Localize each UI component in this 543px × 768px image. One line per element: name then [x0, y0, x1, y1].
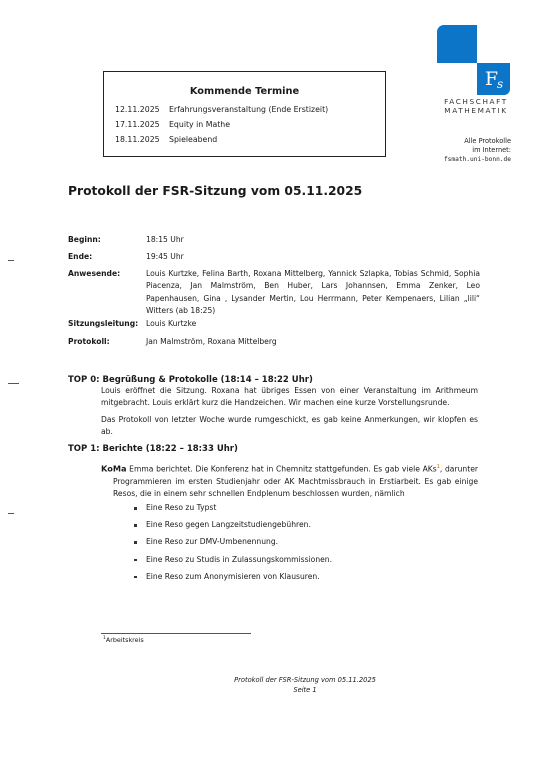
meta-value: 18:15 Uhr	[146, 234, 480, 246]
meta-value: Jan Malmström, Roxana Mittelberg	[146, 336, 480, 348]
top0-paragraph-1: Louis eröffnet die Sitzung. Roxana hat ü…	[101, 385, 478, 410]
top0-heading: TOP 0: Begrüßung & Protokolle (18:14 – 1…	[68, 375, 313, 385]
event-row: 18.11.2025Spieleabend	[115, 135, 217, 144]
footnote: 1Arbeitskreis	[103, 636, 144, 644]
event-name: Erfahrungsveranstaltung (Ende Erstizeit)	[169, 105, 328, 114]
reso-list: Eine Reso zu Typst Eine Reso gegen Langz…	[134, 503, 332, 589]
meta-label: Beginn:	[68, 234, 101, 246]
event-name: Spieleabend	[169, 135, 217, 144]
meta-label: Sitzungsleitung:	[68, 318, 138, 330]
upcoming-events-title: Kommende Termine	[104, 86, 385, 97]
event-name: Equity in Mathe	[169, 120, 230, 129]
list-item: Eine Reso zur DMV-Umbenennung.	[134, 537, 332, 554]
internet-note: Alle Protokolle im Internet:	[420, 137, 511, 155]
event-date: 18.11.2025	[115, 135, 169, 144]
top0-paragraph-2: Das Protokoll von letzter Woche wurde ru…	[101, 414, 478, 439]
logo-name: FACHSCHAFT MATHEMATIK	[436, 98, 516, 115]
list-item: Eine Reso zum Anonymisieren von Klausure…	[134, 572, 332, 589]
list-item: Eine Reso zu Typst	[134, 503, 332, 520]
event-date: 17.11.2025	[115, 120, 169, 129]
footnote-rule	[101, 633, 251, 634]
logo-square-top	[437, 25, 477, 63]
footnote-text: Arbeitskreis	[106, 636, 144, 644]
list-item: Eine Reso gegen Langzeitstudiengebühren.	[134, 520, 332, 537]
meta-label: Anwesende:	[68, 268, 120, 280]
upcoming-events-box: Kommende Termine 12.11.2025Erfahrungsver…	[103, 71, 386, 157]
margin-mark	[8, 513, 14, 514]
logo-fs-glyph: Fs	[479, 66, 509, 92]
meta-value: Louis Kurtzke	[146, 318, 480, 330]
logo-name-line2: MATHEMATIK	[436, 107, 516, 116]
website-url[interactable]: fsmath.uni-bonn.de	[420, 156, 511, 163]
event-row: 17.11.2025Equity in Mathe	[115, 120, 230, 129]
meta-value: Louis Kurtzke, Felina Barth, Roxana Mitt…	[146, 268, 480, 317]
margin-mark	[8, 383, 19, 384]
footer-title: Protokoll der FSR-Sitzung vom 05.11.2025	[180, 675, 430, 685]
internet-note-line2: im Internet:	[420, 146, 511, 155]
koma-label: KoMa	[101, 464, 127, 474]
internet-note-line1: Alle Protokolle	[420, 137, 511, 146]
page-footer: Protokoll der FSR-Sitzung vom 05.11.2025…	[180, 675, 430, 695]
top1-heading: TOP 1: Berichte (18:22 – 18:33 Uhr)	[68, 444, 238, 454]
meta-value: 19:45 Uhr	[146, 251, 480, 263]
meta-label: Ende:	[68, 251, 92, 263]
margin-mark	[8, 260, 14, 261]
event-row: 12.11.2025Erfahrungsveranstaltung (Ende …	[115, 105, 328, 114]
koma-report: KoMa Emma berichtet. Die Konferenz hat i…	[101, 461, 478, 500]
event-date: 12.11.2025	[115, 105, 169, 114]
page-title: Protokoll der FSR-Sitzung vom 05.11.2025	[68, 184, 362, 198]
meta-label: Protokoll:	[68, 336, 110, 348]
list-item: Eine Reso zu Studis in Zulassungskommiss…	[134, 555, 332, 572]
footer-page-number: Seite 1	[180, 685, 430, 695]
koma-text: Emma berichtet. Die Konferenz hat in Che…	[129, 465, 437, 474]
logo-s: s	[497, 77, 503, 91]
